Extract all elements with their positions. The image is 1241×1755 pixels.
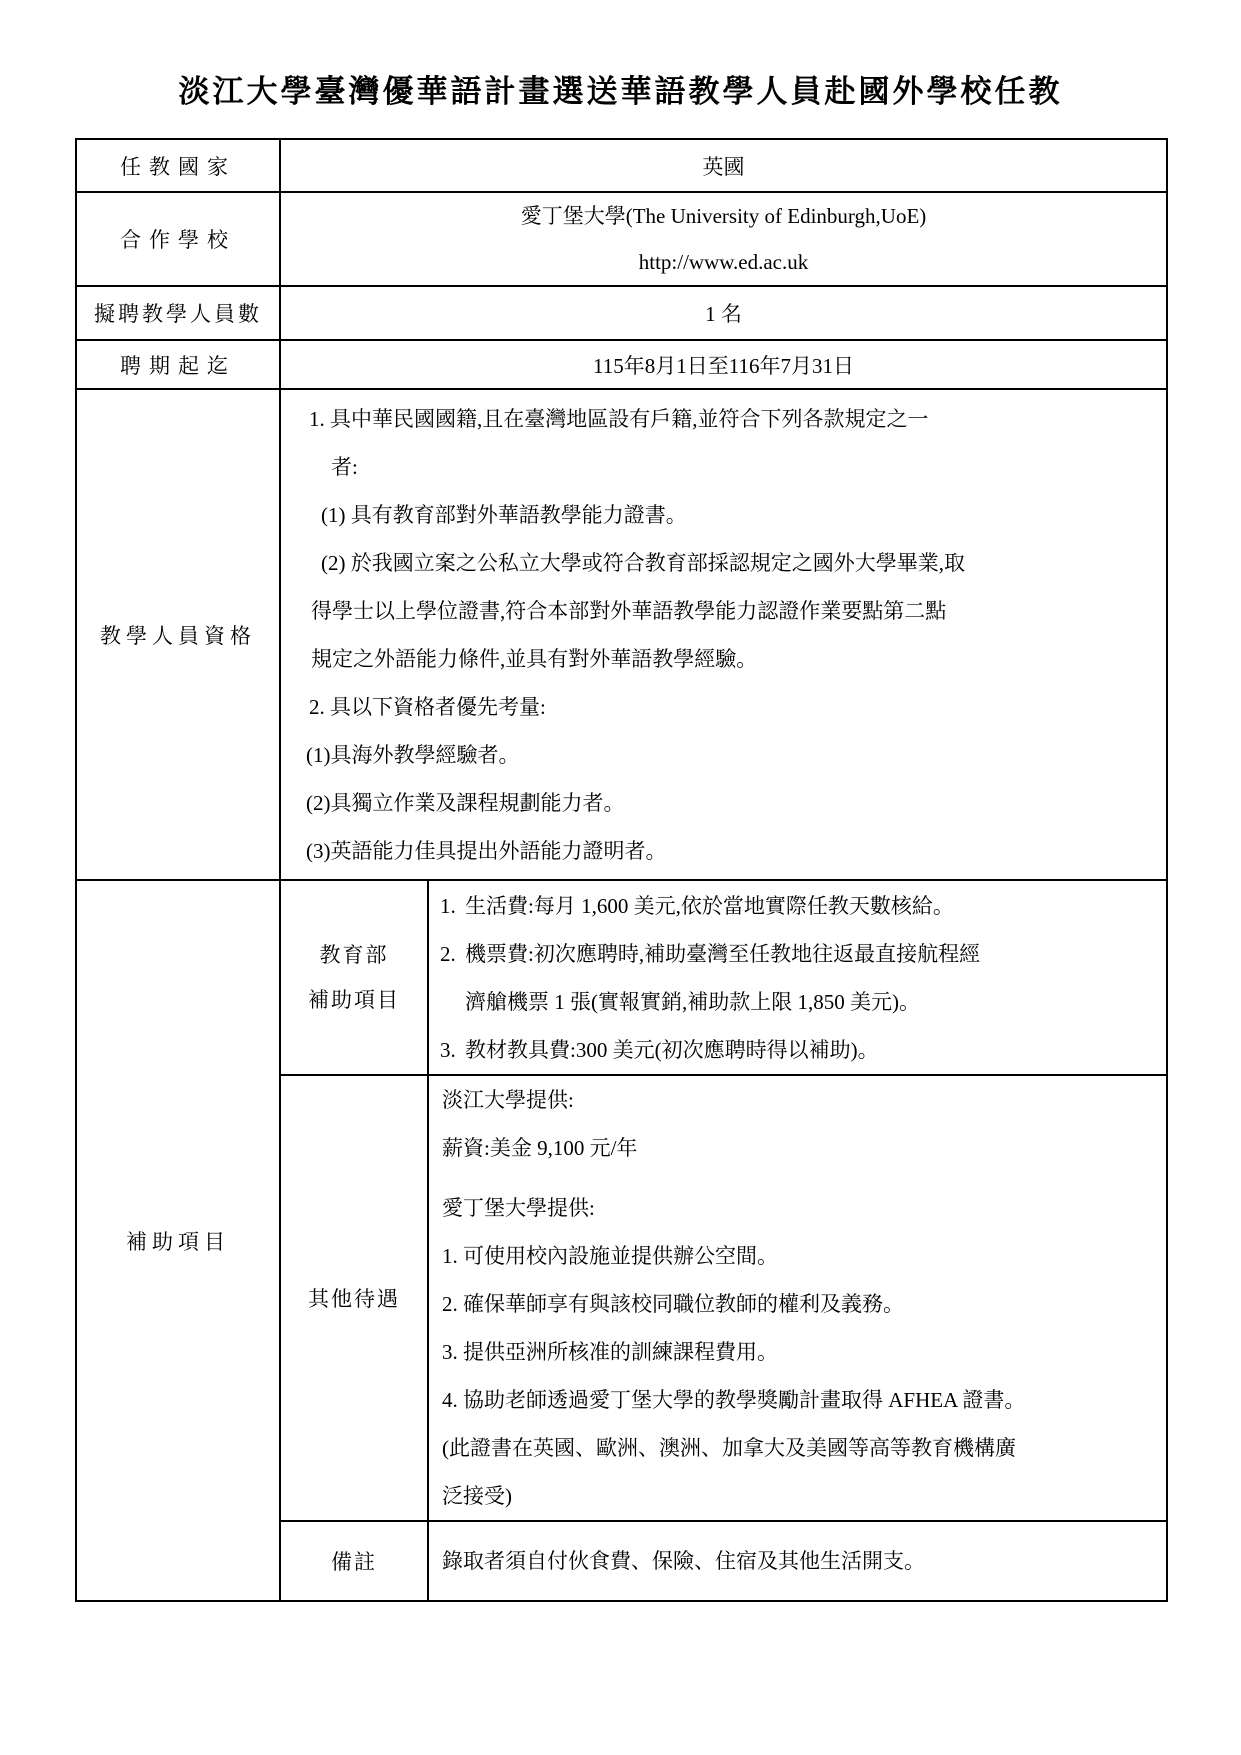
text-line: 者: (281, 443, 1166, 491)
text-line: (此證書在英國、歐洲、澳洲、加拿大及美國等高等教育機構廣 (429, 1424, 1166, 1472)
country-value: 英國 (280, 139, 1167, 192)
text-line: 2. 具以下資格者優先考量: (281, 683, 1166, 731)
remark-text: 錄取者須自付伙食費、保險、住宿及其他生活開支。 (429, 1538, 1166, 1584)
other-list: 淡江大學提供:薪資:美金 9,100 元/年愛丁堡大學提供:1. 可使用校內設施… (429, 1076, 1166, 1520)
text-line: (3)英語能力佳具提出外語能力證明者。 (281, 827, 1166, 875)
list-item: 濟艙機票 1 張(實報實銷,補助款上限 1,850 美元)。 (429, 978, 1166, 1026)
table-row: 合作學校 愛丁堡大學(The University of Edinburgh,U… (76, 192, 1167, 286)
school-url-link[interactable]: http://www.ed.ac.uk (639, 250, 809, 274)
text-line: 泛接受) (429, 1472, 1166, 1520)
text-line: 3. 提供亞洲所核准的訓練課程費用。 (429, 1328, 1166, 1376)
qualifications-list: 1. 具中華民國國籍,且在臺灣地區設有戶籍,並符合下列各款規定之一者:(1) 具… (281, 395, 1166, 875)
table-row: 聘期起迄 115年8月1日至116年7月31日 (76, 340, 1167, 389)
other-sublabel: 其他待遇 (280, 1075, 428, 1521)
school-url: http://www.ed.ac.uk (281, 239, 1166, 285)
table-row: 任教國家 英國 (76, 139, 1167, 192)
text-line: 補助項目 (281, 978, 427, 1023)
list-item: 1. 生活費:每月 1,600 美元,依於當地實際任教天數核給。 (429, 882, 1166, 930)
text-line: 4. 協助老師透過愛丁堡大學的教學獎勵計畫取得 AFHEA 證書。 (429, 1376, 1166, 1424)
table-row: 擬聘教學人員數 1 名 (76, 286, 1167, 340)
list-item: 3. 教材教具費:300 美元(初次應聘時得以補助)。 (429, 1026, 1166, 1074)
qualifications-content: 1. 具中華民國國籍,且在臺灣地區設有戶籍,並符合下列各款規定之一者:(1) 具… (280, 389, 1167, 880)
list-item-text: 濟艙機票 1 張(實報實銷,補助款上限 1,850 美元)。 (465, 978, 1166, 1026)
text-line: 薪資:美金 9,100 元/年 (429, 1124, 1166, 1172)
country-label: 任教國家 (76, 139, 280, 192)
text-line: 1. 可使用校內設施並提供辦公空間。 (429, 1232, 1166, 1280)
headcount-label: 擬聘教學人員數 (76, 286, 280, 340)
text-line: 2. 確保華師享有與該校同職位教師的權利及義務。 (429, 1280, 1166, 1328)
qualifications-label: 教學人員資格 (76, 389, 280, 880)
period-value: 115年8月1日至116年7月31日 (280, 340, 1167, 389)
subsidy-label: 補助項目 (76, 880, 280, 1601)
text-line: (1)具海外教學經驗者。 (281, 731, 1166, 779)
remark-sublabel: 備註 (280, 1521, 428, 1601)
list-item-number: 1. (440, 882, 465, 930)
moe-sublabel: 教育部補助項目 (280, 880, 428, 1075)
school-label: 合作學校 (76, 192, 280, 286)
list-item-number: 2. (440, 930, 465, 978)
text-line: (2)具獨立作業及課程規劃能力者。 (281, 779, 1166, 827)
school-name: 愛丁堡大學(The University of Edinburgh,UoE) (281, 193, 1166, 239)
remark-content: 錄取者須自付伙食費、保險、住宿及其他生活開支。 (428, 1521, 1167, 1601)
text-line: 教育部 (281, 933, 427, 978)
text-line: (2) 於我國立案之公私立大學或符合教育部採認規定之國外大學畢業,取 (281, 539, 1166, 587)
text-line: 得學士以上學位證書,符合本部對外華語教學能力認證作業要點第二點 (281, 587, 1166, 635)
other-content: 淡江大學提供:薪資:美金 9,100 元/年愛丁堡大學提供:1. 可使用校內設施… (428, 1075, 1167, 1521)
list-item-text: 教材教具費:300 美元(初次應聘時得以補助)。 (465, 1026, 1166, 1074)
table-row: 教學人員資格 1. 具中華民國國籍,且在臺灣地區設有戶籍,並符合下列各款規定之一… (76, 389, 1167, 880)
text-line: 愛丁堡大學提供: (429, 1184, 1166, 1232)
info-table: 任教國家 英國 合作學校 愛丁堡大學(The University of Edi… (75, 138, 1168, 1602)
text-line: 規定之外語能力條件,並具有對外華語教學經驗。 (281, 635, 1166, 683)
moe-list: 1. 生活費:每月 1,600 美元,依於當地實際任教天數核給。 2. 機票費:… (429, 882, 1166, 1074)
list-item-text: 機票費:初次應聘時,補助臺灣至任教地往返最直接航程經 (465, 930, 1166, 978)
headcount-value: 1 名 (280, 286, 1167, 340)
text-line: 淡江大學提供: (429, 1076, 1166, 1124)
table-row: 補助項目 教育部補助項目 1. 生活費:每月 1,600 美元,依於當地實際任教… (76, 880, 1167, 1075)
school-value-cell: 愛丁堡大學(The University of Edinburgh,UoE) h… (280, 192, 1167, 286)
text-line: (1) 具有教育部對外華語教學能力證書。 (281, 491, 1166, 539)
document-page: 淡江大學臺灣優華語計畫選送華語教學人員赴國外學校任教 任教國家 英國 合作學校 … (0, 0, 1241, 1755)
list-item-number: 3. (440, 1026, 465, 1074)
moe-content: 1. 生活費:每月 1,600 美元,依於當地實際任教天數核給。 2. 機票費:… (428, 880, 1167, 1075)
page-title: 淡江大學臺灣優華語計畫選送華語教學人員赴國外學校任教 (0, 66, 1241, 111)
period-label: 聘期起迄 (76, 340, 280, 389)
moe-sublabel-lines: 教育部補助項目 (281, 933, 427, 1023)
list-item: 2. 機票費:初次應聘時,補助臺灣至任教地往返最直接航程經 (429, 930, 1166, 978)
list-item-number (440, 978, 465, 1026)
list-item-text: 生活費:每月 1,600 美元,依於當地實際任教天數核給。 (465, 882, 1166, 930)
text-line: 1. 具中華民國國籍,且在臺灣地區設有戶籍,並符合下列各款規定之一 (281, 395, 1166, 443)
